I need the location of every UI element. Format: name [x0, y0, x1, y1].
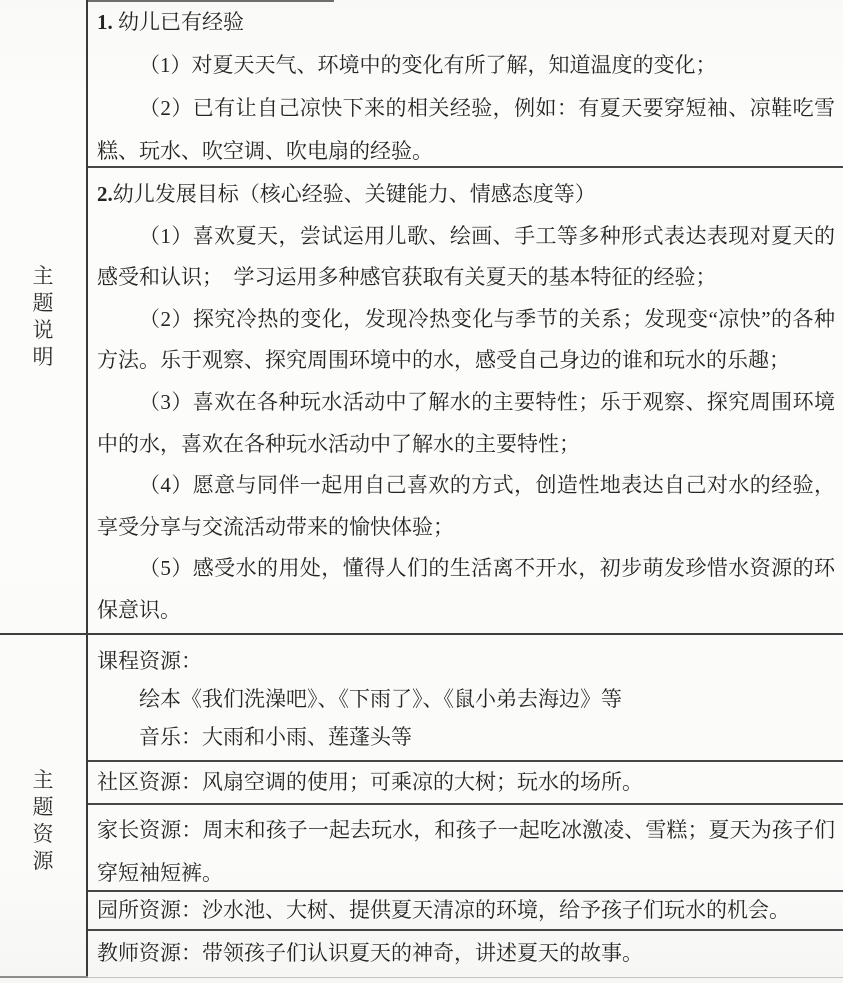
row-label-theme-resources: 主题资源 [32, 767, 55, 875]
table-border-fragment-top [88, 0, 334, 2]
table-border-fragment-bottom [0, 976, 88, 978]
theme-resources-content: 课程资源： 绘本《我们洗澡吧》、《下雨了》、《鼠小弟去海边》等 音乐：大雨和小雨… [88, 635, 843, 977]
section-title: 幼儿发展目标（核心经验、关键能力、情感态度等） [113, 182, 596, 206]
cell-parent-resources: 家长资源：周末和孩子一起去玩水，和孩子一起吃冰激凌、雪糕；夏天为孩子们穿短袖短裤… [88, 805, 843, 893]
theme-description-content: 1. 幼儿已有经验 （1）对夏天天气、环境中的变化有所了解，知道温度的变化； （… [88, 0, 843, 633]
cell-development-goals: 2.幼儿发展目标（核心经验、关键能力、情感态度等） （1）喜欢夏天，尝试运用儿歌… [88, 168, 843, 633]
cell-community-resources: 社区资源：风扇空调的使用；可乘凉的大树；玩水的场所。 [88, 762, 843, 805]
section-heading-development-goals: 2.幼儿发展目标（核心经验、关键能力、情感态度等） [97, 174, 835, 216]
curriculum-resources-title: 课程资源： [97, 642, 835, 680]
paragraph-goal-5: （5）感受水的用处，懂得人们的生活离不开水，初步萌发珍惜水资源的环保意识。 [97, 548, 835, 631]
paragraph-goal-3: （3）喜欢在各种玩水活动中了解水的主要特性；乐于观察、探究周围环境中的水，喜欢在… [97, 382, 835, 465]
section-title: 幼儿已有经验 [113, 10, 244, 34]
paragraph-experience-1: （1）对夏天天气、环境中的变化有所了解，知道温度的变化； [97, 44, 835, 87]
community-resources-line: 社区资源：风扇空调的使用；可乘凉的大树；玩水的场所。 [97, 762, 835, 803]
paragraph-goal-1: （1）喜欢夏天，尝试运用儿歌、绘画、手工等多种形式表达表现对夏天的感受和认识； … [97, 216, 835, 299]
row-label-cell-theme-description: 主题说明 [0, 0, 88, 633]
parent-resources-line: 家长资源：周末和孩子一起去玩水，和孩子一起吃冰激凌、雪糕；夏天为孩子们穿短袖短裤… [97, 809, 835, 893]
section-heading-existing-experience: 1. 幼儿已有经验 [97, 1, 835, 44]
paragraph-experience-2: （2）已有让自己凉快下来的相关经验，例如：有夏天要穿短袖、凉鞋吃雪糕、玩水、吹空… [97, 87, 835, 168]
cell-curriculum-resources: 课程资源： 绘本《我们洗澡吧》、《下雨了》、《鼠小弟去海边》等 音乐：大雨和小雨… [88, 635, 843, 762]
cell-existing-experience: 1. 幼儿已有经验 （1）对夏天天气、环境中的变化有所了解，知道温度的变化； （… [88, 0, 843, 168]
section-number: 1. [97, 10, 113, 34]
section-number: 2. [97, 182, 113, 206]
row-label-theme-description: 主题说明 [32, 263, 55, 371]
curriculum-resources-books: 绘本《我们洗澡吧》、《下雨了》、《鼠小弟去海边》等 [97, 680, 835, 718]
cell-teacher-resources: 教师资源：带领孩子们认识夏天的神奇，讲述夏天的故事。 [88, 931, 843, 977]
paragraph-goal-2: （2）探究冷热的变化，发现冷热变化与季节的关系；发现变“凉快”的各种方法。乐于观… [97, 299, 835, 382]
document-page: 主题说明 1. 幼儿已有经验 （1）对夏天天气、环境中的变化有所了解，知道温度的… [0, 0, 843, 983]
cell-kindergarten-resources: 园所资源：沙水池、大树、提供夏天清凉的环境，给予孩子们玩水的机会。 [88, 892, 843, 931]
row-theme-resources: 主题资源 课程资源： 绘本《我们洗澡吧》、《下雨了》、《鼠小弟去海边》等 音乐：… [0, 635, 843, 978]
row-theme-description: 主题说明 1. 幼儿已有经验 （1）对夏天天气、环境中的变化有所了解，知道温度的… [0, 0, 843, 635]
curriculum-resources-music: 音乐：大雨和小雨、莲蓬头等 [97, 718, 835, 756]
row-label-cell-theme-resources: 主题资源 [0, 635, 88, 977]
teacher-resources-line: 教师资源：带领孩子们认识夏天的神奇，讲述夏天的故事。 [97, 931, 835, 975]
kindergarten-resources-line: 园所资源：沙水池、大树、提供夏天清凉的环境，给予孩子们玩水的机会。 [97, 892, 835, 929]
paragraph-goal-4: （4）愿意与同伴一起用自己喜欢的方式，创造性地表达自己对水的经验，享受分享与交流… [97, 465, 835, 548]
